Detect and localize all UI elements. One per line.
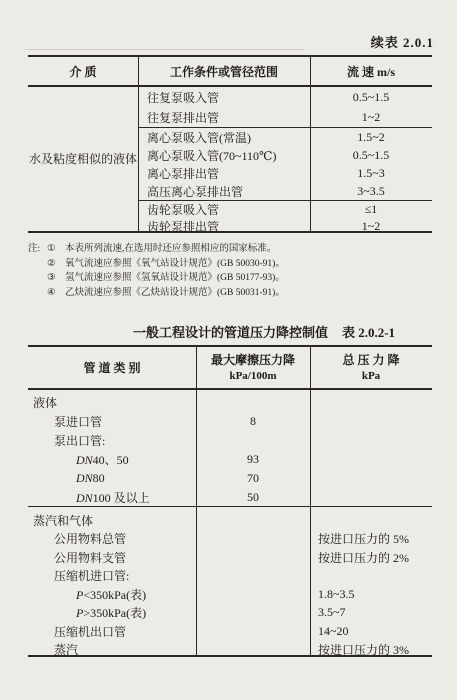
table-body: 往复泵吸入管 0.5~1.5 往复泵排出管 1~2 离心泵吸入管(常温) 1.5… [28, 87, 432, 235]
velocity-cell: 1~2 [310, 110, 432, 125]
velocity-table: 介 质 工作条件或管径范围 流 速 m/s 水及粘度相似的液体 往复泵吸入管 0… [28, 55, 432, 233]
category-cell: 公用物料总管 [28, 530, 196, 547]
table-row: 齿轮泵排出管 1~2 [28, 218, 432, 235]
table-row: P>350kPa(表) 3.5~7 [28, 604, 432, 623]
category-cell: DN80 [28, 471, 196, 486]
row-group-gear-pump: 齿轮泵吸入管 ≤1 齿轮泵排出管 1~2 [28, 201, 432, 235]
note-number: ② [47, 257, 65, 272]
note-text: 本表所列流速,在选用时还应参照相应的国家标准。 [65, 242, 432, 257]
ghost-rule [25, 49, 305, 50]
table-row: 公用物料支管 按进口压力的 2% [28, 548, 432, 567]
table-row: 齿轮泵吸入管 ≤1 [28, 201, 432, 218]
table-row: 高压离心泵排出管 3~3.5 [28, 182, 432, 200]
continued-table-caption: 续表 2.0.1 [371, 32, 434, 51]
category-cell: DN40、50 [28, 451, 196, 468]
table-row: 蒸汽和气体 [28, 511, 432, 530]
total-cell: 14~20 [310, 624, 432, 639]
note-item: ④ 乙炔流速应参照《乙炔站设计规范》(GB 50031-91)。 [28, 286, 432, 301]
total-cell: 按进口压力的 3% [310, 641, 432, 658]
condition-cell: 离心泵排出管 [138, 165, 310, 182]
note-text: 氧气流速应参照《氧气站设计规范》(GB 50030-91)。 [65, 257, 432, 272]
category-cell: P<350kPa(表) [28, 586, 196, 603]
category-cell: 泵进口管 [28, 413, 196, 430]
note-number: ③ [47, 271, 65, 286]
table-body: 液体 泵进口管 8 泵出口管: DN40、50 93 [28, 390, 432, 659]
header-friction-drop: 最大摩擦压力降 kPa/100m [196, 352, 310, 384]
category-cell: DN100 及以上 [28, 489, 196, 506]
notes-block: 注: ① 本表所列流速,在选用时还应参照相应的国家标准。 ② 氧气流速应参照《氧… [28, 242, 432, 300]
velocity-cell: ≤1 [310, 202, 432, 217]
table-row: 离心泵排出管 1.5~3 [28, 164, 432, 182]
table-row: 往复泵吸入管 0.5~1.5 [28, 87, 432, 107]
note-label: 注: [28, 242, 47, 257]
header-total-drop: 总 压 力 降 kPa [310, 352, 432, 384]
section-steam-gas: 蒸汽和气体 公用物料总管 按进口压力的 5% 公用物料支管 按进口压力的 2% … [28, 508, 432, 659]
row-group-reciprocating-pump: 往复泵吸入管 0.5~1.5 往复泵排出管 1~2 [28, 87, 432, 127]
section-liquid: 液体 泵进口管 8 泵出口管: DN40、50 93 [28, 390, 432, 507]
note-item: ② 氧气流速应参照《氧气站设计规范》(GB 50030-91)。 [28, 257, 432, 272]
condition-cell: 离心泵吸入管(常温) [138, 129, 310, 146]
note-number: ④ [47, 286, 65, 301]
category-cell: 公用物料支管 [28, 549, 196, 566]
pressure-drop-table: 管 道 类 别 最大摩擦压力降 kPa/100m 总 压 力 降 kPa 液体 … [28, 345, 432, 657]
category-cell: 液体 [28, 394, 196, 411]
table-number: 表 2.0.2-1 [342, 325, 395, 340]
table-header-row: 介 质 工作条件或管径范围 流 速 m/s [28, 57, 432, 85]
condition-cell: 往复泵吸入管 [138, 89, 310, 106]
category-cell: P>350kPa(表) [28, 604, 196, 621]
note-text: 乙炔流速应参照《乙炔站设计规范》(GB 50031-91)。 [65, 286, 432, 301]
header-condition: 工作条件或管径范围 [138, 63, 310, 80]
table-header-row: 管 道 类 别 最大摩擦压力降 kPa/100m 总 压 力 降 kPa [28, 347, 432, 388]
table-row: 泵出口管: [28, 431, 432, 450]
table-row: 压缩机出口管 14~20 [28, 622, 432, 641]
velocity-cell: 0.5~1.5 [310, 148, 432, 163]
category-cell: 压缩机出口管 [28, 623, 196, 640]
document-page: 续表 2.0.1 介 质 工作条件或管径范围 流 速 m/s 水及粘度相似的液体… [0, 0, 457, 700]
title-text: 一般工程设计的管道压力降控制值 [133, 325, 328, 340]
table-row: 离心泵吸入管(常温) 1.5~2 [28, 128, 432, 146]
table-row: DN80 70 [28, 469, 432, 488]
note-item: 注: ① 本表所列流速,在选用时还应参照相应的国家标准。 [28, 242, 432, 257]
velocity-cell: 1.5~2 [310, 130, 432, 145]
header-medium: 介 质 [28, 63, 138, 80]
table-row: DN40、50 93 [28, 450, 432, 469]
total-cell: 按进口压力的 5% [310, 530, 432, 547]
friction-cell: 70 [196, 471, 310, 486]
total-cell: 3.5~7 [310, 605, 432, 620]
category-cell: 压缩机进口管: [28, 567, 196, 584]
table-row: 蒸汽 按进口压力的 3% [28, 641, 432, 660]
velocity-cell: 1.5~3 [310, 166, 432, 181]
table-row: 离心泵吸入管(70~110℃) 0.5~1.5 [28, 146, 432, 164]
table-row: 液体 [28, 393, 432, 412]
header-velocity: 流 速 m/s [310, 63, 432, 80]
table-row: 往复泵排出管 1~2 [28, 107, 432, 127]
category-cell: 蒸汽和气体 [28, 512, 196, 529]
table-row: 压缩机进口管: [28, 567, 432, 586]
condition-cell: 高压离心泵排出管 [138, 183, 310, 200]
total-cell: 1.8~3.5 [310, 587, 432, 602]
category-cell: 泵出口管: [28, 432, 196, 449]
condition-cell: 齿轮泵排出管 [138, 218, 310, 235]
friction-cell: 93 [196, 452, 310, 467]
table-row: 公用物料总管 按进口压力的 5% [28, 530, 432, 549]
velocity-cell: 1~2 [310, 219, 432, 234]
friction-cell: 50 [196, 490, 310, 505]
total-cell: 按进口压力的 2% [310, 549, 432, 566]
condition-cell: 离心泵吸入管(70~110℃) [138, 147, 310, 164]
pressure-table-title: 一般工程设计的管道压力降控制值表 2.0.2-1 [28, 322, 432, 341]
table-row: DN100 及以上 50 [28, 488, 432, 507]
note-item: ③ 氢气流速应参照《氢氧站设计规范》(GB 50177-93)。 [28, 271, 432, 286]
table-row: P<350kPa(表) 1.8~3.5 [28, 585, 432, 604]
note-text: 氢气流速应参照《氢氧站设计规范》(GB 50177-93)。 [65, 271, 432, 286]
header-category: 管 道 类 别 [28, 359, 196, 376]
condition-cell: 齿轮泵吸入管 [138, 201, 310, 218]
friction-cell: 8 [196, 414, 310, 429]
note-number: ① [47, 242, 65, 257]
category-cell: 蒸汽 [28, 641, 196, 658]
table-row: 泵进口管 8 [28, 412, 432, 431]
velocity-cell: 3~3.5 [310, 184, 432, 199]
velocity-cell: 0.5~1.5 [310, 90, 432, 105]
condition-cell: 往复泵排出管 [138, 109, 310, 126]
row-group-centrifugal-pump: 离心泵吸入管(常温) 1.5~2 离心泵吸入管(70~110℃) 0.5~1.5… [28, 128, 432, 200]
